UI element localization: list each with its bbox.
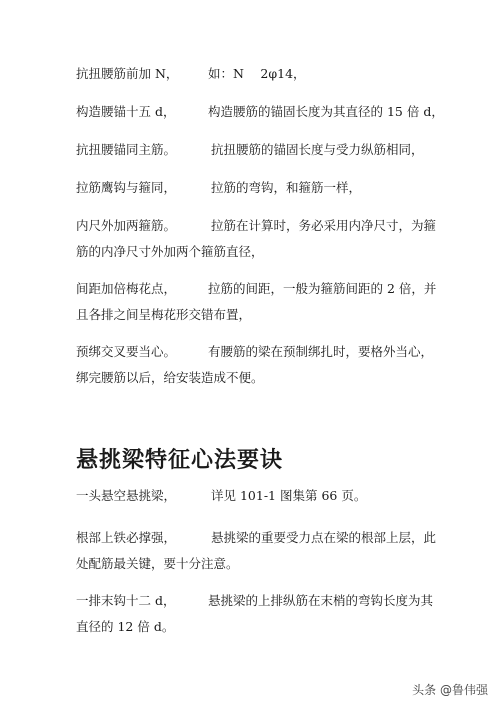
verse-text: 间距加倍梅花点， [76,281,176,297]
verse-text: 一排末钩十二 d， [76,593,175,609]
verse-line: 抗扭腰锚同主筋。抗扭腰筋的锚固长度与受力纵筋相同， [76,142,176,158]
section-heading: 悬挑梁特征心法要诀 [76,443,283,474]
explanation-text: 拉筋的间距，一般为箍筋间距的 2 倍，并 [208,281,436,297]
explanation-text: 悬挑梁的上排纵筋在末梢的弯钩长度为其 [208,593,433,609]
verse-text: 构造腰锚十五 d， [76,104,175,120]
verse-line: 构造腰锚十五 d，构造腰筋的锚固长度为其直径的 15 倍 d， [76,104,175,120]
verse-line: 抗扭腰筋前加 N，如：N 2φ14， [76,66,178,82]
verse-line: 间距加倍梅花点，拉筋的间距，一般为箍筋间距的 2 倍，并 [76,281,176,297]
explanation-text: 悬挑梁的重要受力点在梁的根部上层，此 [211,530,436,546]
verse-text: 拉筋鹰钩与箍同， [76,180,176,196]
explanation-text: 拉筋在计算时，务必采用内净尺寸，为箍 [211,218,436,234]
verse-text: 预绑交叉要当心。 [76,344,176,360]
explanation-text: 详见 101-1 图集第 66 页。 [211,488,366,504]
explanation-continuation: 处配筋最关键，要十分注意。 [76,556,239,572]
watermark: 头条 @鲁伟强 [412,681,488,698]
explanation-continuation: 筋的内净尺寸外加两个箍筋直径， [76,244,264,260]
verse-line: 一排末钩十二 d，悬挑梁的上排纵筋在末梢的弯钩长度为其 [76,593,175,609]
verse-line: 拉筋鹰钩与箍同，拉筋的弯钩，和箍筋一样， [76,180,176,196]
verse-line: 根部上铁必撑强，悬挑梁的重要受力点在梁的根部上层，此 [76,530,176,546]
verse-text: 一头悬空悬挑梁， [76,488,176,504]
explanation-continuation: 绑完腰筋以后，给安装造成不便。 [76,370,264,386]
verse-text: 抗扭腰锚同主筋。 [76,142,176,158]
verse-line: 预绑交叉要当心。有腰筋的梁在预制绑扎时，要格外当心， [76,344,176,360]
explanation-text: 如：N 2φ14， [208,66,306,82]
explanation-text: 有腰筋的梁在预制绑扎时，要格外当心， [208,344,433,360]
explanation-continuation: 直径的 12 倍 d。 [76,619,174,635]
verse-text: 抗扭腰筋前加 N， [76,66,178,82]
verse-line: 内尺外加两箍筋。拉筋在计算时，务必采用内净尺寸，为箍 [76,218,176,234]
explanation-text: 抗扭腰筋的锚固长度与受力纵筋相同， [211,142,424,158]
verse-text: 内尺外加两箍筋。 [76,218,176,234]
verse-line: 一头悬空悬挑梁，详见 101-1 图集第 66 页。 [76,488,176,504]
verse-text: 根部上铁必撑强， [76,530,176,546]
explanation-text: 构造腰筋的锚固长度为其直径的 15 倍 d， [208,104,444,120]
explanation-continuation: 且各排之间呈梅花形交错布置， [76,307,251,323]
explanation-text: 拉筋的弯钩，和箍筋一样， [211,180,361,196]
